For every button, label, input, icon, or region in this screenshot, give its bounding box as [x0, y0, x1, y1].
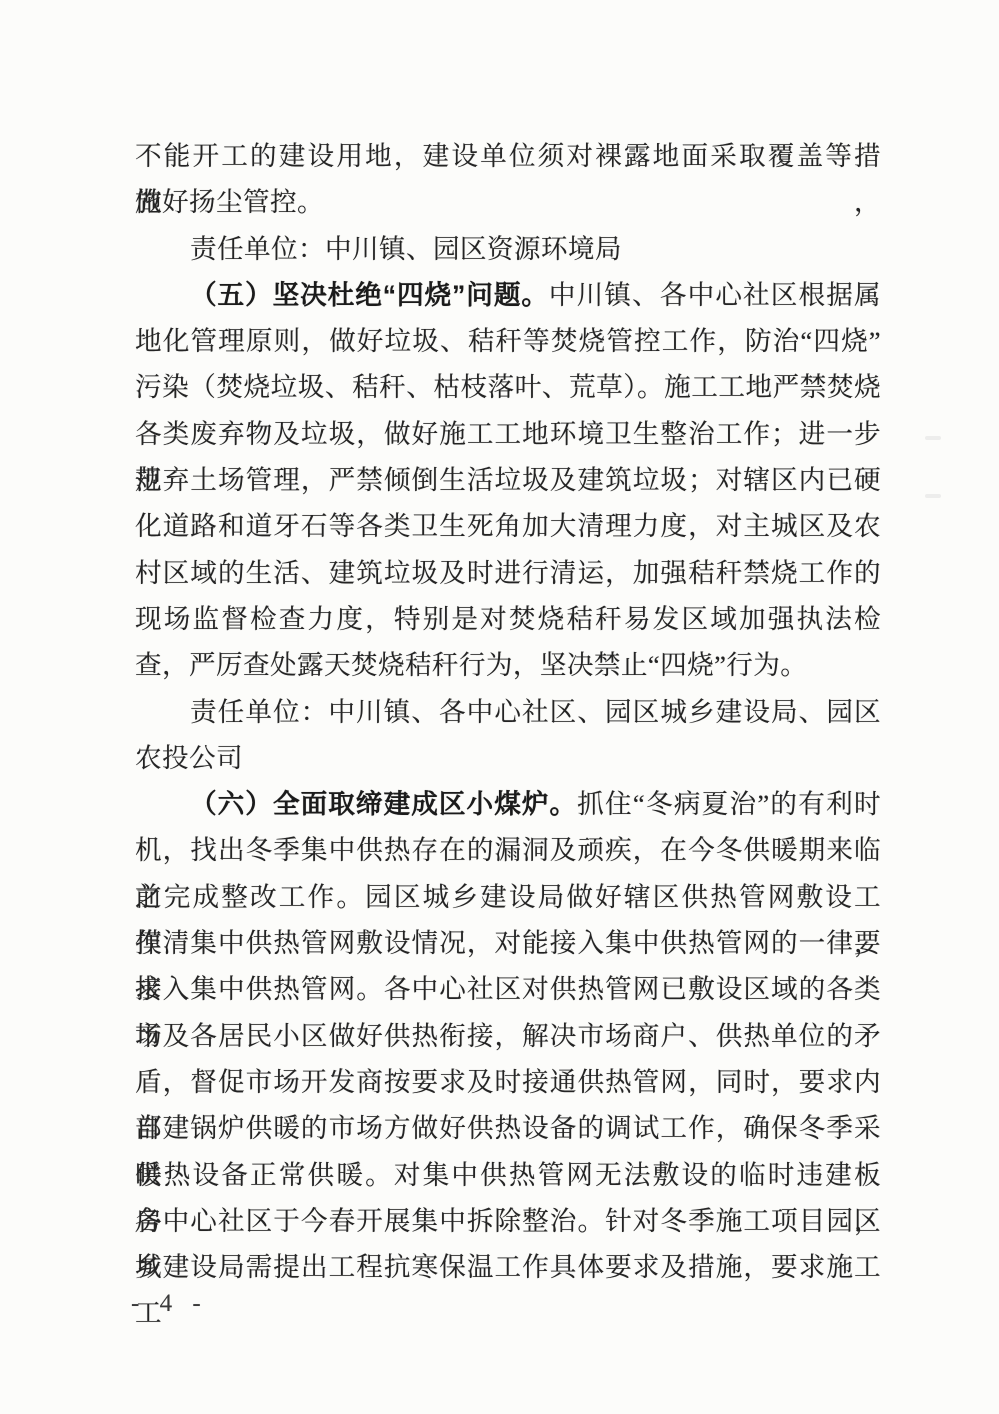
text-line: 现场监督检查力度，特别是对焚烧秸秆易发区域加强执法检 [135, 596, 881, 642]
section-heading-text: （五）坚决杜绝“四烧”问题。 [190, 280, 549, 310]
text-line: （六）全面取缔建成区小煤炉。抓住“冬病夏治”的有利时 [135, 781, 881, 827]
text-line: 村区域的生活、建筑垃圾及时进行清运，加强秸秆禁烧工作的 [135, 550, 881, 596]
body-text: 场及各居民小区做好供热衔接，解决市场商户、供热单位的矛 [135, 1021, 881, 1051]
text-line: 范弃土场管理，严禁倾倒生活垃圾及建筑垃圾；对辖区内已硬 [135, 457, 881, 503]
text-line: 查，严厉查处露天焚烧秸秆行为，坚决禁止“四烧”行为。 [135, 642, 881, 688]
body-text: 抓住“冬病夏治”的有利时 [577, 789, 881, 819]
text-line: 责任单位：中川镇、各中心社区、园区城乡建设局、园区 [135, 689, 881, 735]
text-line: 摸清集中供热管网敷设情况，对能接入集中供热管网的一律要求 [135, 920, 881, 966]
text-line: 自建锅炉供暖的市场方做好供热设备的调试工作，确保冬季采暖 [135, 1105, 881, 1151]
body-text: 做好扬尘管控。 [135, 187, 324, 217]
body-text: 农投公司 [135, 743, 243, 773]
body-text: 化道路和道牙石等各类卫生死角加大清理力度，对主城区及农 [135, 511, 881, 541]
text-line: 乡建设局需提出工程抗寒保温工作具体要求及措施，要求施工工 [135, 1244, 881, 1290]
text-line: 前完成整改工作。园区城乡建设局做好辖区供热管网敷设工作， [135, 874, 881, 920]
text-line: 责任单位：中川镇、园区资源环境局 [135, 226, 881, 272]
body-text: 村区域的生活、建筑垃圾及时进行清运，加强秸秆禁烧工作的 [135, 558, 881, 588]
text-line: 机，找出冬季集中供热存在的漏洞及顽疾，在今冬供暖期来临之 [135, 827, 881, 873]
body-text: 中川镇、各中心社区根据属 [549, 280, 881, 310]
text-line: 不能开工的建设用地，建设单位须对裸露地面采取覆盖等措施， [135, 133, 881, 179]
body-text: 责任单位：中川镇、各中心社区、园区城乡建设局、园区 [190, 697, 881, 727]
text-line: 农投公司 [135, 735, 881, 781]
scan-artifact [925, 494, 941, 498]
text-line: （五）坚决杜绝“四烧”问题。中川镇、各中心社区根据属 [135, 272, 881, 318]
scanned-document-page: 不能开工的建设用地，建设单位须对裸露地面采取覆盖等措施，做好扬尘管控。责任单位：… [0, 0, 999, 1414]
section-heading-text: （六）全面取缔建成区小煤炉。 [190, 789, 577, 819]
body-text: 污染（焚烧垃圾、秸秆、枯枝落叶、荒草）。施工工地严禁焚烧 [135, 372, 881, 402]
body-text: 乡建设局需提出工程抗寒保温工作具体要求及措施，要求施工工 [135, 1252, 881, 1328]
text-line: 地化管理原则，做好垃圾、秸秆等焚烧管控工作，防治“四烧” [135, 318, 881, 364]
page-number: - 4 - [131, 1290, 208, 1318]
text-line: 各中心社区于今春开展集中拆除整治。针对冬季施工项目园区城 [135, 1198, 881, 1244]
document-body: 不能开工的建设用地，建设单位须对裸露地面采取覆盖等措施，做好扬尘管控。责任单位：… [135, 133, 881, 1290]
text-line: 化道路和道牙石等各类卫生死角加大清理力度，对主城区及农 [135, 503, 881, 549]
body-text: 范弃土场管理，严禁倾倒生活垃圾及建筑垃圾；对辖区内已硬 [135, 465, 881, 495]
text-line: 接入集中供热管网。各中心社区对供热管网已敷设区域的各类市 [135, 966, 881, 1012]
text-line: 场及各居民小区做好供热衔接，解决市场商户、供热单位的矛 [135, 1013, 881, 1059]
text-line: 盾，督促市场开发商按要求及时接通供热管网，同时，要求内部 [135, 1059, 881, 1105]
body-text: 现场监督检查力度，特别是对焚烧秸秆易发区域加强执法检 [135, 604, 881, 634]
body-text: 查，严厉查处露天焚烧秸秆行为，坚决禁止“四烧”行为。 [135, 650, 807, 680]
text-line: 污染（焚烧垃圾、秸秆、枯枝落叶、荒草）。施工工地严禁焚烧 [135, 364, 881, 410]
text-line: 供热设备正常供暖。对集中供热管网无法敷设的临时违建板房， [135, 1152, 881, 1198]
scan-artifact [925, 436, 941, 440]
body-text: 地化管理原则，做好垃圾、秸秆等焚烧管控工作，防治“四烧” [135, 326, 881, 356]
text-line: 各类废弃物及垃圾，做好施工工地环境卫生整治工作；进一步规 [135, 411, 881, 457]
body-text: 责任单位：中川镇、园区资源环境局 [190, 234, 622, 264]
